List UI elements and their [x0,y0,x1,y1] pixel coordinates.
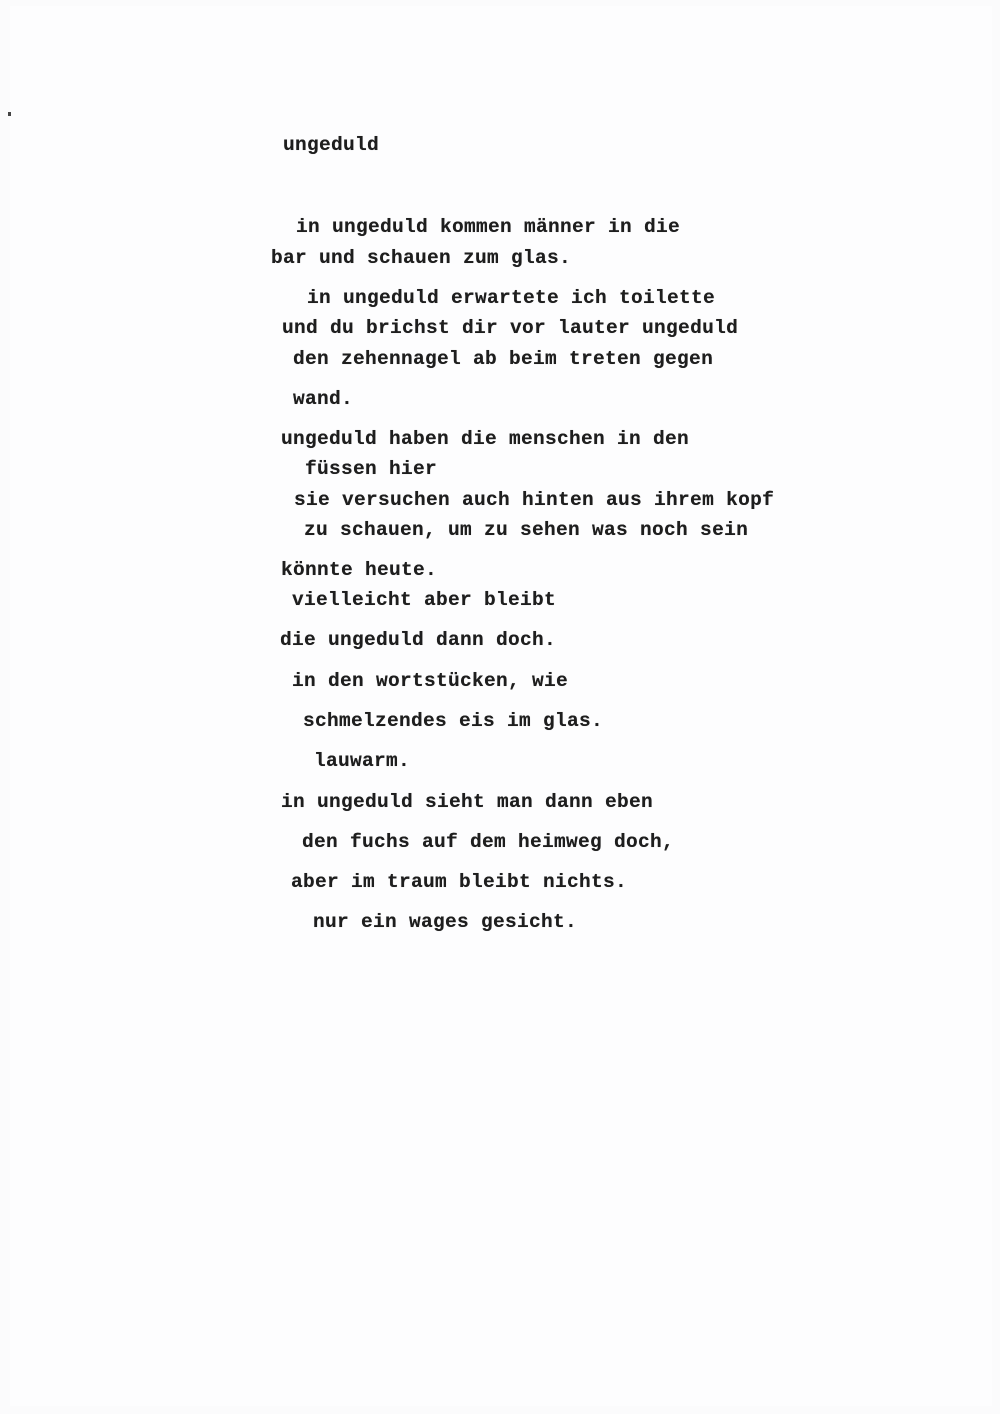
poem-line: und du brichst dir vor lauter ungeduld [282,317,738,339]
poem-line: in den wortstücken, wie [292,670,568,692]
poem-line: füssen hier [305,458,437,480]
poem-line: in ungeduld erwartete ich toilette [307,287,715,309]
poem-line: in ungeduld kommen männer in die [296,216,680,238]
poem-title: ungeduld [283,134,379,156]
poem-line: schmelzendes eis im glas. [303,710,603,732]
poem-line: in ungeduld sieht man dann eben [281,791,653,813]
poem-line: nur ein wages gesicht. [313,911,577,933]
poem-line: könnte heute. [281,559,437,581]
poem-line: den fuchs auf dem heimweg doch, [302,831,674,853]
poem-line: die ungeduld dann doch. [280,629,556,651]
ink-speck [8,112,11,116]
poem-line: bar und schauen zum glas. [271,247,571,269]
poem-line: vielleicht aber bleibt [292,589,556,611]
poem-line: ungeduld haben die menschen in den [281,428,689,450]
poem-line: sie versuchen auch hinten aus ihrem kopf [294,489,774,511]
poem-line: aber im traum bleibt nichts. [291,871,627,893]
poem-line: lauwarm. [314,750,410,772]
poem-line: zu schauen, um zu sehen was noch sein [304,519,748,541]
poem-line: den zehennagel ab beim treten gegen [293,348,713,370]
poem-line: wand. [293,388,353,410]
